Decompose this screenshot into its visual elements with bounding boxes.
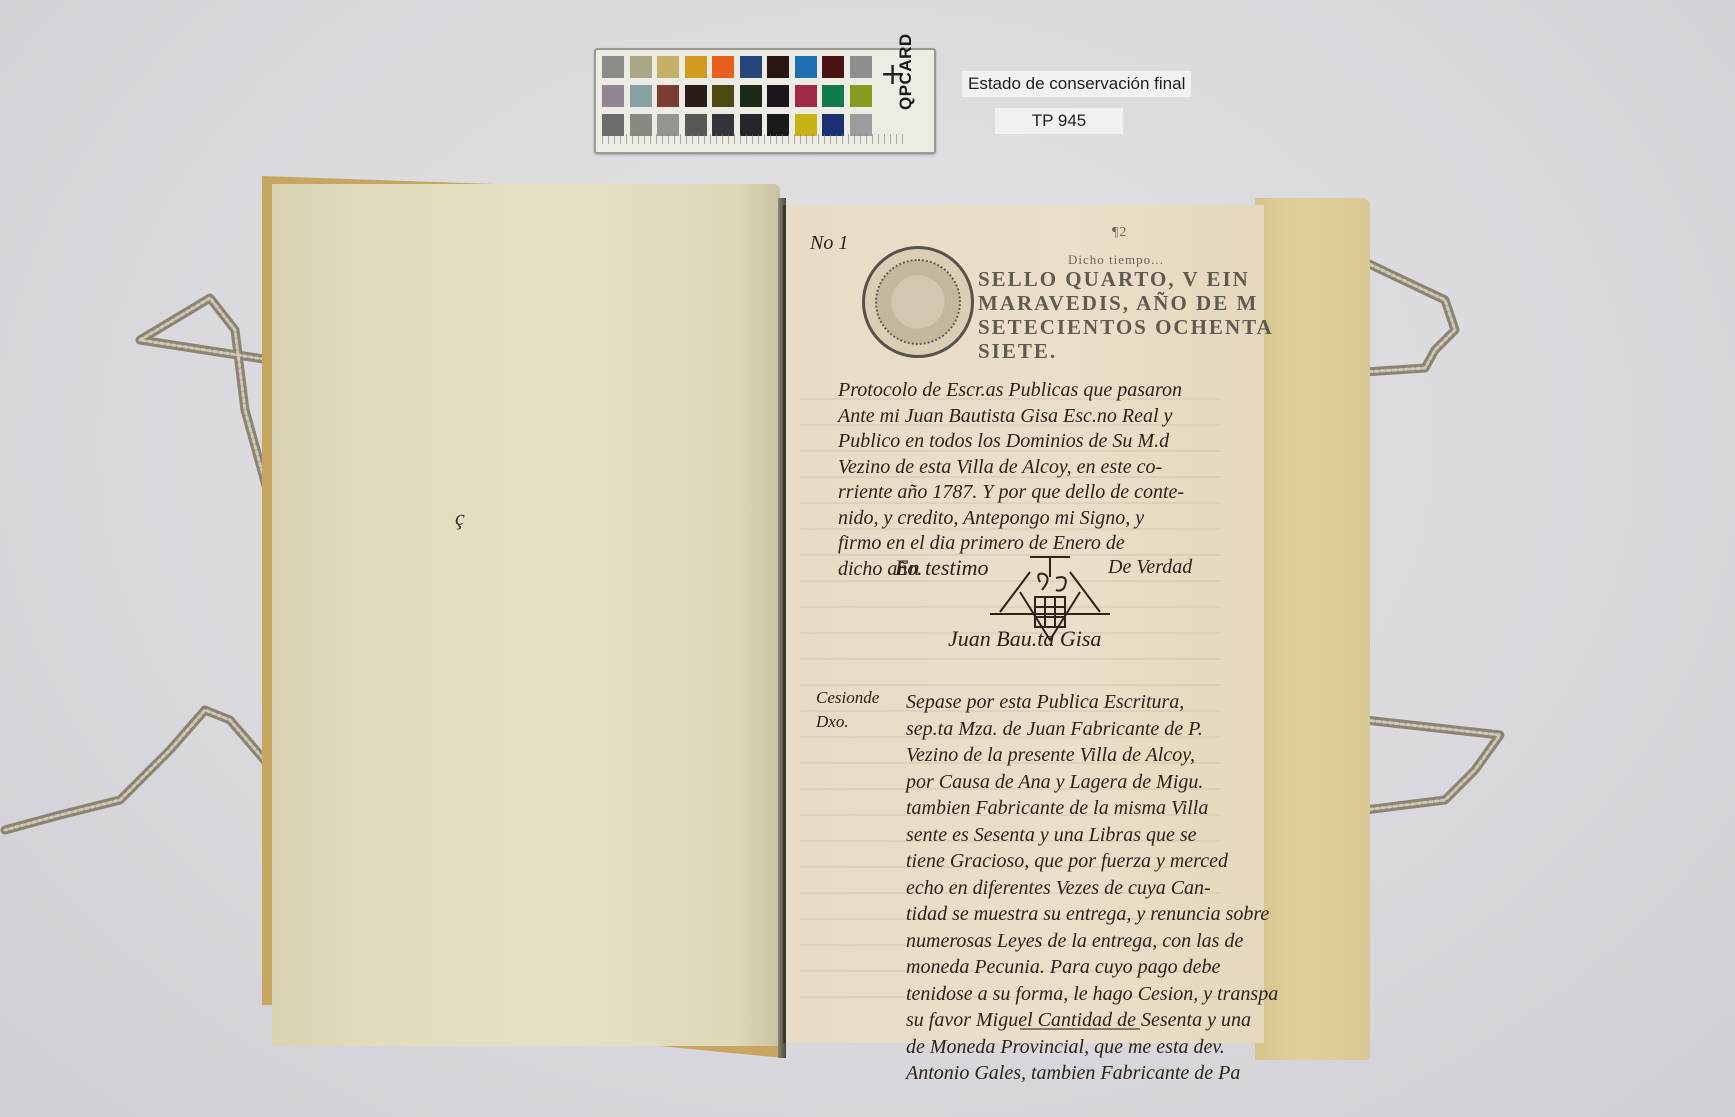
- color-swatch: [822, 114, 844, 136]
- official-seal-stamp: [862, 246, 974, 358]
- document-id-label: TP 945: [995, 108, 1123, 134]
- signature-testimony-right: De Verdad: [1108, 555, 1192, 581]
- color-swatch: [795, 56, 817, 78]
- color-swatch-grid: [602, 56, 872, 136]
- text-line: Vezino de la presente Villa de Alcoy,: [906, 742, 1278, 769]
- text-line: por Causa de Ana y Lagera de Migu.: [906, 769, 1278, 796]
- text-line: nido, y credito, Antepongo mi Signo, y: [838, 506, 1184, 532]
- text-line: Antonio Gales, tambien Fabricante de Pa: [906, 1060, 1278, 1087]
- margin-annotation: Cesionde Dxo.: [816, 686, 879, 734]
- text-line: Ante mi Juan Bautista Gisa Esc.no Real y: [838, 404, 1184, 430]
- text-line: Vezino de esta Villa de Alcoy, en este c…: [838, 455, 1184, 481]
- color-swatch: [822, 56, 844, 78]
- text-line: tenidose a su forma, le hago Cesion, y t…: [906, 981, 1278, 1008]
- color-swatch: [630, 85, 652, 107]
- color-swatch: [850, 85, 872, 107]
- color-swatch: [850, 56, 872, 78]
- right-lower-tie: [1365, 710, 1515, 830]
- text-line: echo en diferentes Vezes de cuya Can-: [906, 875, 1278, 902]
- left-blank-page: [272, 184, 780, 1046]
- left-page-mark: ç: [455, 505, 465, 531]
- color-swatch: [685, 56, 707, 78]
- color-swatch: [740, 56, 762, 78]
- color-swatch: [602, 114, 624, 136]
- margin-line: Dxo.: [816, 710, 879, 734]
- color-swatch: [767, 56, 789, 78]
- text-line: Sepase por esta Publica Escritura,: [906, 689, 1278, 716]
- ruler-scale: [602, 134, 904, 144]
- color-swatch: [767, 85, 789, 107]
- text-line: rriente año 1787. Y por que dello de con…: [838, 480, 1184, 506]
- qpcard-logo: QPCARD: [896, 33, 916, 110]
- color-swatch: [712, 114, 734, 136]
- page-number: No 1: [810, 232, 848, 255]
- text-line: sente es Sesenta y una Libras que se: [906, 822, 1278, 849]
- color-swatch: [850, 114, 872, 136]
- color-swatch: [630, 114, 652, 136]
- cession-paragraph: Sepase por esta Publica Escritura, sep.t…: [906, 689, 1278, 1087]
- text-line: moneda Pecunia. Para cuyo pago debe: [906, 954, 1278, 981]
- qpcard-brand: QPCARD: [896, 33, 915, 110]
- color-swatch: [712, 56, 734, 78]
- color-swatch: [602, 85, 624, 107]
- notary-signature-name: Juan Bau.ta Gisa: [948, 626, 1101, 652]
- color-swatch: [795, 114, 817, 136]
- text-line: de Moneda Provincial, que me esta dev.: [906, 1034, 1278, 1061]
- stamp-header: Dicho tiempo...: [1068, 252, 1164, 268]
- color-swatch: [822, 85, 844, 107]
- color-swatch: [685, 85, 707, 107]
- text-line: tambien Fabricante de la misma Villa: [906, 795, 1278, 822]
- color-swatch: [795, 85, 817, 107]
- closing-rule: [1020, 1028, 1140, 1030]
- text-line: sep.ta Mza. de Juan Fabricante de P.: [906, 716, 1278, 743]
- color-swatch: [657, 114, 679, 136]
- text-line: Publico en todos los Dominios de Su M.d: [838, 429, 1184, 455]
- color-swatch: [767, 114, 789, 136]
- color-swatch: [740, 85, 762, 107]
- color-swatch: [712, 85, 734, 107]
- color-swatch: [740, 114, 762, 136]
- text-line: tiene Gracioso, que por fuerza y merced: [906, 848, 1278, 875]
- color-swatch: [685, 114, 707, 136]
- text-line: numerosas Leyes de la entrega, con las d…: [906, 928, 1278, 955]
- color-calibration-card: + QPCARD: [594, 48, 936, 154]
- page-top-ref: ¶2: [1112, 225, 1127, 241]
- left-lower-tie: [0, 690, 300, 840]
- conservation-status-label: Estado de conservación final: [962, 71, 1191, 97]
- text-line: tidad se muestra su entrega, y renuncia …: [906, 901, 1278, 928]
- right-upper-tie: [1365, 250, 1475, 390]
- color-swatch: [602, 56, 624, 78]
- color-swatch: [657, 56, 679, 78]
- stamped-paper-text: SELLO QUARTO, V EIN MARAVEDIS, AÑO DE M …: [978, 267, 1274, 363]
- margin-line: Cesionde: [816, 686, 879, 710]
- color-swatch: [630, 56, 652, 78]
- signature-testimony-left: En testimo: [895, 555, 989, 581]
- text-line: Protocolo de Escr.as Publicas que pasaro…: [838, 378, 1184, 404]
- color-swatch: [657, 85, 679, 107]
